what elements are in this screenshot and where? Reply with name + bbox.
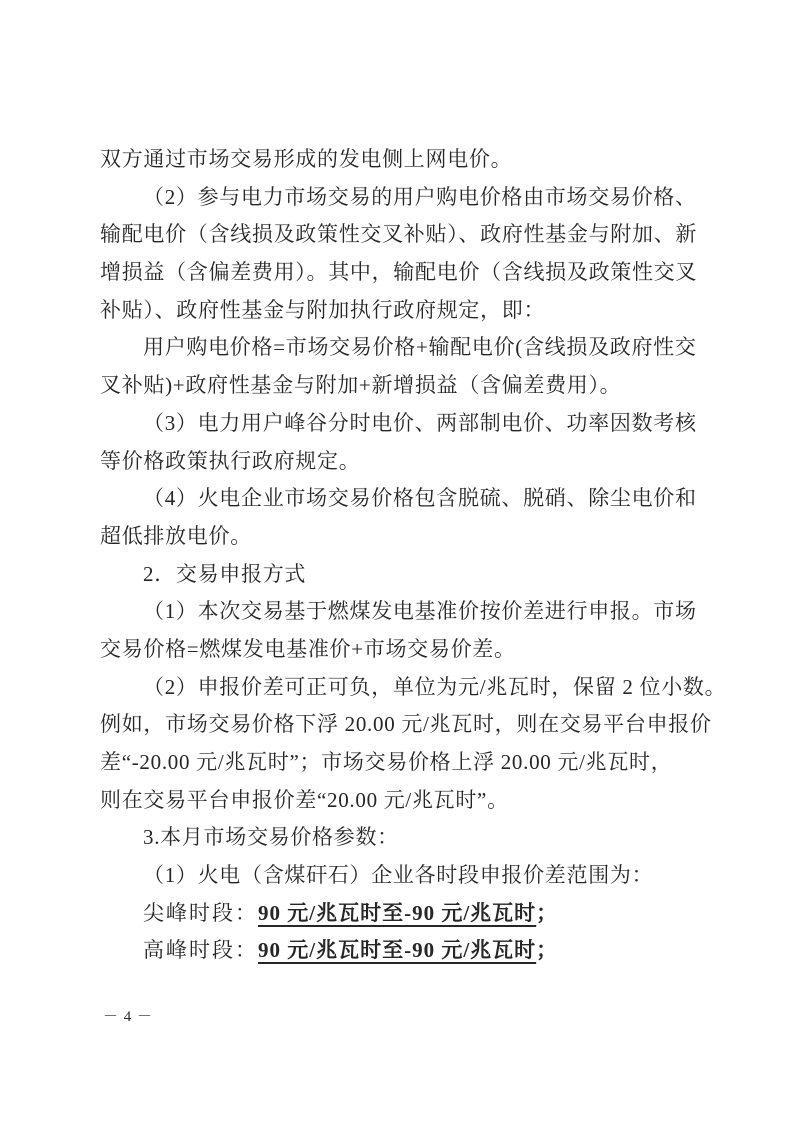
text-line-formula: 叉补贴)+政府性基金与附加+新增损益（含偏差费用）。 <box>100 367 710 405</box>
text-line: 等价格政策执行政府规定。 <box>100 443 710 481</box>
text-line: 差“-20.00 元/兆瓦时”；市场交易价格上浮 20.00 元/兆瓦时， <box>100 744 710 782</box>
price-range-line-high: 高峰时段：90 元/兆瓦时至-90 元/兆瓦时； <box>100 932 710 970</box>
price-range-suffix: ； <box>536 901 558 925</box>
text-line-formula: 用户购电价格=市场交易价格+输配电价(含线损及政府性交 <box>100 329 710 367</box>
text-line: （3）电力用户峰谷分时电价、两部制电价、功率因数考核 <box>100 405 710 443</box>
price-range-value: 90 元/兆瓦时至-90 元/兆瓦时 <box>258 938 536 962</box>
text-line: 例如，市场交易价格下浮 20.00 元/兆瓦时，则在交易平台申报价 <box>100 706 710 744</box>
text-line-formula: 交易价格=燃煤发电基准价+市场交易价差。 <box>100 631 710 669</box>
text-line: （1）火电（含煤矸石）企业各时段申报价差范围为： <box>100 857 710 895</box>
text-line: （2）申报价差可正可负，单位为元/兆瓦时，保留 2 位小数。 <box>100 669 710 707</box>
text-line: 双方通过市场交易形成的发电侧上网电价。 <box>100 141 710 179</box>
price-range-value: 90 元/兆瓦时至-90 元/兆瓦时 <box>258 901 536 925</box>
document-page: 双方通过市场交易形成的发电侧上网电价。 （2）参与电力市场交易的用户购电价格由市… <box>0 0 794 1123</box>
text-line: 输配电价（含线损及政策性交叉补贴）、政府性基金与附加、新 <box>100 216 710 254</box>
text-line: 超低排放电价。 <box>100 518 710 556</box>
price-range-line-peak: 尖峰时段：90 元/兆瓦时至-90 元/兆瓦时； <box>100 895 710 933</box>
text-line: 增损益（含偏差费用）。其中，输配电价（含线损及政策性交叉 <box>100 254 710 292</box>
document-body: 双方通过市场交易形成的发电侧上网电价。 （2）参与电力市场交易的用户购电价格由市… <box>100 141 710 970</box>
text-line: 补贴）、政府性基金与附加执行政府规定，即： <box>100 292 710 330</box>
price-range-label: 尖峰时段： <box>143 901 258 925</box>
section-heading: 2．交易申报方式 <box>100 556 710 594</box>
text-line: （1）本次交易基于燃煤发电基准价按价差进行申报。市场 <box>100 593 710 631</box>
text-line: （4）火电企业市场交易价格包含脱硫、脱硝、除尘电价和 <box>100 480 710 518</box>
text-line: （2）参与电力市场交易的用户购电价格由市场交易价格、 <box>100 179 710 217</box>
section-heading: 3.本月市场交易价格参数： <box>100 819 710 857</box>
price-range-suffix: ； <box>536 938 558 962</box>
page-number: － 4 － <box>103 1005 153 1026</box>
price-range-label: 高峰时段： <box>143 938 258 962</box>
text-line: 则在交易平台申报价差“20.00 元/兆瓦时”。 <box>100 782 710 820</box>
